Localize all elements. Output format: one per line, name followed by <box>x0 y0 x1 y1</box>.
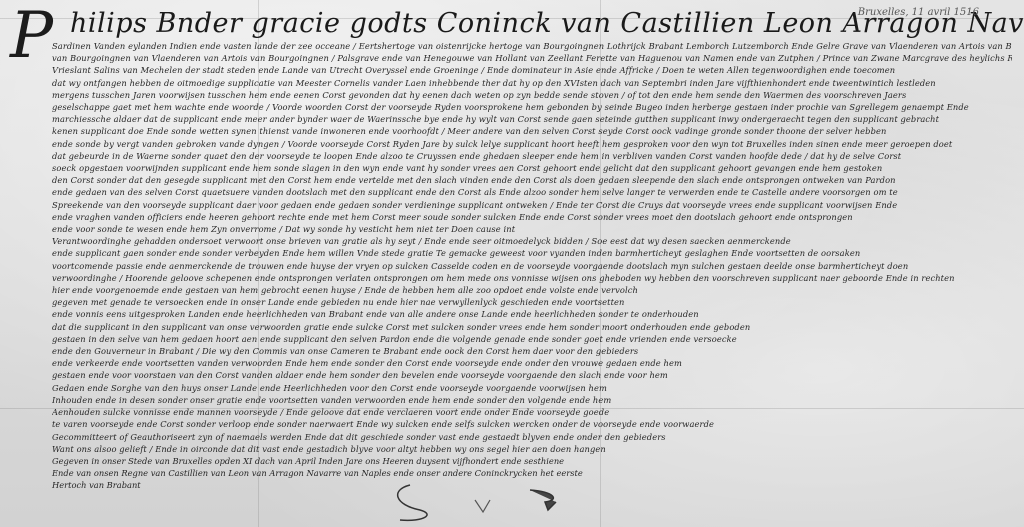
text-line: Vrieslant Salins van Mechelen der stadt … <box>52 64 1012 76</box>
text-line: Want ons alsoo gelieft / Ende in oircond… <box>52 443 1012 455</box>
archival-dateline: Bruxelles, 11 avril 1516 <box>858 7 979 18</box>
text-line: dat gebeurde in de Waerne sonder quaet d… <box>52 150 1012 162</box>
text-line: den Corst sonder dat den gesegde supplic… <box>52 174 1012 186</box>
signature-flourish-icon <box>380 480 580 525</box>
text-line: Spreekende van den voorseyde supplicant … <box>52 199 1012 211</box>
text-line: Inhouden ende in desen sonder onser grat… <box>52 394 1012 406</box>
text-line: soeck opgestaen voorwijnden supplicant e… <box>52 162 1012 174</box>
charter-body: Sardinen Vanden eylanden Indien ende vas… <box>52 40 1012 455</box>
text-line: marchiessche aldaer dat de supplicant en… <box>52 113 1012 125</box>
text-line: Gedaen ende Sorghe van den huys onser La… <box>52 382 1012 394</box>
text-line: Sardinen Vanden eylanden Indien ende vas… <box>52 40 1012 52</box>
text-line: Gecommitteert of Geauthoriseert zyn of n… <box>52 431 1012 443</box>
text-line: te varen voorseyde ende Corst sonder ver… <box>52 418 1012 430</box>
text-line: ende supplicant gaen sonder ende sonder … <box>52 247 1012 259</box>
text-line: gestaen in den selve van hem gedaen hoor… <box>52 333 1012 345</box>
text-line: mergens tusschen Jaren voorwijsen tussch… <box>52 89 1012 101</box>
closing-line: Gegeven in onser Stede van Bruxelles opd… <box>52 455 583 467</box>
text-line: Aenhouden sulcke vonnisse ende mannen vo… <box>52 406 1012 418</box>
text-line: geselschappe gaet met hem wachte ende wo… <box>52 101 1012 113</box>
illuminated-initial: P <box>10 4 53 68</box>
text-line: verwoordinghe / Hoorende geloove schepen… <box>52 272 1012 284</box>
text-line: kenen supplicant doe Ende sonde wetten s… <box>52 125 1012 137</box>
text-line: dat wy ontfangen hebben de oitmoedige su… <box>52 77 1012 89</box>
text-line: ende sonde by vergt vanden gebroken vand… <box>52 138 1012 150</box>
manuscript-page: P hilips Bnder gracie godts Coninck van … <box>0 0 1024 527</box>
text-line: gestaen ende voor voorstaen van den Cors… <box>52 369 1012 381</box>
text-line: Verantwoordinghe gehadden ondersoet verw… <box>52 235 1012 247</box>
text-line: ende vonnis eens uitgesproken Landen end… <box>52 308 1012 320</box>
charter-headline: hilips Bnder gracie godts Coninck van Ca… <box>70 8 990 40</box>
text-line: voortcomende passie ende aenmerckende de… <box>52 260 1012 272</box>
text-line: ende gedaen van des selven Corst quaetsu… <box>52 186 1012 198</box>
text-line: ende voor sonde te wesen ende hem Zyn on… <box>52 223 1012 235</box>
text-line: ende den Gouverneur in Brabant / Die wy … <box>52 345 1012 357</box>
text-line: van Bourgoingnen van Vlaenderen van Arto… <box>52 52 1012 64</box>
text-line: ende vraghen vanden officiers ende heere… <box>52 211 1012 223</box>
text-line: dat die supplicant in den supplicant van… <box>52 321 1012 333</box>
text-line: ende verkeerde ende voortsetten vanden v… <box>52 357 1012 369</box>
text-line: gegeven met genade te versoecken ende in… <box>52 296 1012 308</box>
closing-line: Ende van onsen Regne van Castillien van … <box>52 467 583 479</box>
text-line: hier ende voorgenoemde ende gestaen van … <box>52 284 1012 296</box>
